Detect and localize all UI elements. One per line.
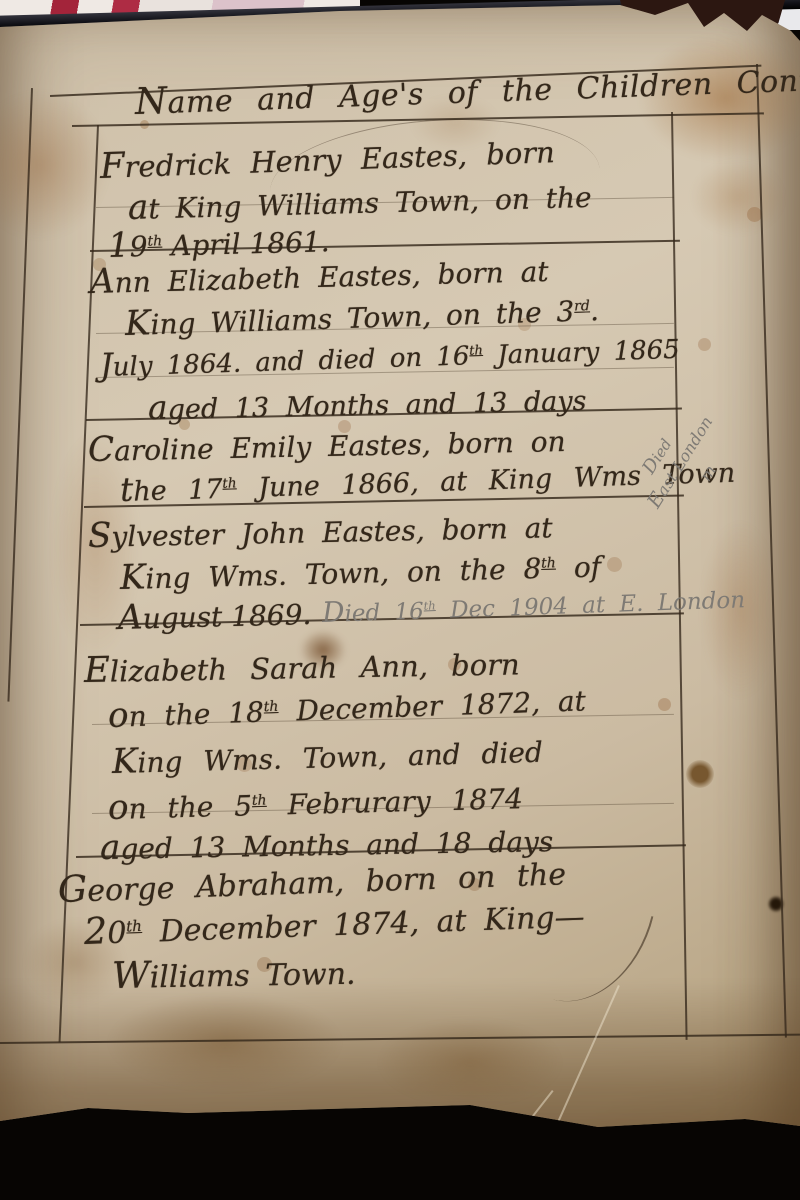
- entry-5-line-4: on the 5th Februrary 1874: [107, 777, 523, 828]
- paper-stain: [110, 995, 340, 1090]
- photo-of-register-page: Name and Age's of the Children Cont Fred…: [0, 0, 800, 1200]
- entry-6-line-3: Williams Town.: [112, 950, 356, 997]
- entry-5-line-3: King Wms. Town, and died: [111, 731, 543, 782]
- entry-4-line-3: August 1869.: [117, 593, 311, 638]
- right-column-divider: [671, 112, 687, 1040]
- paper-stain: [690, 160, 785, 235]
- entry-2-line-4: aged 13 Months and 13 days: [148, 379, 587, 427]
- brown-dot: [686, 760, 714, 788]
- register-page: Name and Age's of the Children Cont Fred…: [0, 0, 800, 1200]
- paper-stain: [380, 1020, 560, 1105]
